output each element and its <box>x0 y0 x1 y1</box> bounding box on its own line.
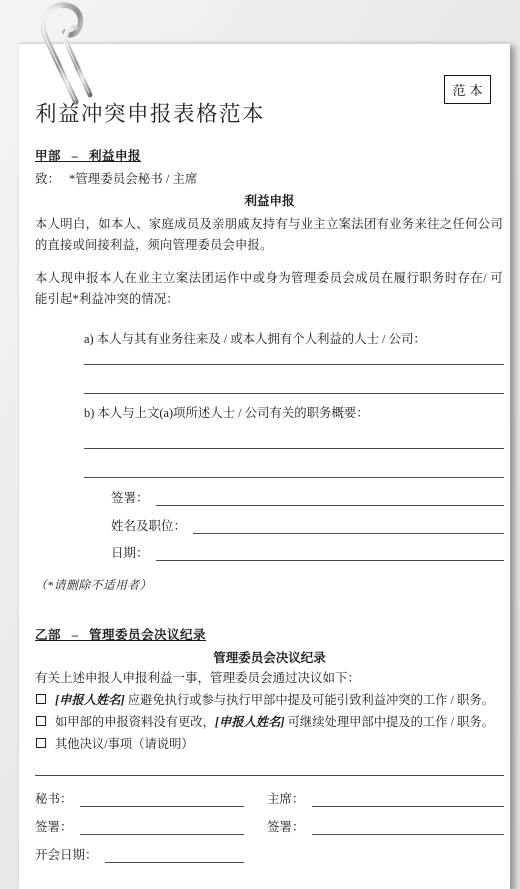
chairman-row: 主席： <box>267 790 504 807</box>
signature-fill-line[interactable] <box>156 505 504 506</box>
declarant-name-placeholder: [申报人姓名] <box>55 693 125 707</box>
part-b-heading: 乙部 – 管理委员会决议纪录 <box>35 627 206 643</box>
name-title-fill-line[interactable] <box>193 533 504 534</box>
meeting-date-fill-line[interactable] <box>105 862 244 863</box>
checkbox-icon[interactable] <box>36 694 46 704</box>
item-a-fill-line-1[interactable] <box>84 364 504 365</box>
screenshot-root: { "colors": { "canvas_bg": "#e9e9e8", "p… <box>0 0 520 889</box>
date-fill-line[interactable] <box>156 560 504 561</box>
item-a-label: a) 本人与其有业务往来及 / 或本人拥有个人利益的人士 / 公司： <box>84 331 426 347</box>
declaration-paragraph-2: 本人现申报本人在业主立案法团运作中或身为管理委员会成员在履行职务时存在/ 可能引… <box>35 268 503 309</box>
option-text: 如甲部的申报资料没有更改，[申报人姓名] 可继续处理甲部中提及的工作 / 职务。 <box>55 715 494 730</box>
option-text: 其他决议/事项（请说明） <box>55 737 194 752</box>
secretary-signature-row: 签署： <box>35 818 244 835</box>
secretary-row: 秘书： <box>35 790 244 807</box>
item-a-fill-line-2[interactable] <box>84 393 504 394</box>
item-b-fill-line-1[interactable] <box>84 448 504 449</box>
meeting-date-label: 开会日期： <box>35 848 98 863</box>
option-text-pre: 如甲部的申报资料没有更改， <box>55 715 215 729</box>
option-text-pre: 其他决议/事项（请说明） <box>55 737 194 751</box>
addressee-label: 致： <box>35 172 60 186</box>
signature-row: 签署： <box>111 489 504 506</box>
meeting-date-row: 开会日期： <box>35 846 244 863</box>
checkbox-icon[interactable] <box>36 716 46 726</box>
paperclip-icon <box>22 1 102 109</box>
name-title-row: 姓名及职位： <box>111 517 504 534</box>
resolution-option-row: 其他决议/事项（请说明） <box>35 737 504 752</box>
name-title-label: 姓名及职位： <box>111 519 186 534</box>
option-text: [申报人姓名] 应避免执行或参与执行甲部中提及可能引致利益冲突的工作 / 职务。 <box>55 693 494 708</box>
chairman-fill-line[interactable] <box>312 806 504 807</box>
addressee-line: 致：*管理委员会秘书 / 主席 <box>35 171 198 187</box>
delete-inapplicable-note: （*请删除不适用者） <box>35 576 152 593</box>
declarant-name-placeholder: [申报人姓名] <box>215 715 285 729</box>
chairman-signature-row: 签署： <box>267 818 504 835</box>
chairman-signature-fill-line[interactable] <box>312 834 504 835</box>
declaration-subheading: 利益申报 <box>35 193 504 209</box>
secretary-signature-fill-line[interactable] <box>80 834 244 835</box>
chairman-signature-label: 签署： <box>267 820 305 835</box>
secretary-fill-line[interactable] <box>80 806 244 807</box>
date-label: 日期： <box>111 546 149 561</box>
resolution-intro: 有关上述申报人申报利益一事，管理委员会通过决议如下： <box>35 670 360 686</box>
declaration-paragraph-1: 本人明白，如本人、家庭成员及亲朋戚友持有与业主立案法团有业务来往之任何公司的直接… <box>35 214 503 255</box>
checkbox-icon[interactable] <box>36 738 46 748</box>
sample-stamp-label: 范本 <box>448 80 486 99</box>
resolution-option-row: 如甲部的申报资料没有更改，[申报人姓名] 可继续处理甲部中提及的工作 / 职务。 <box>35 715 504 730</box>
addressee-value: *管理委员会秘书 / 主席 <box>69 172 197 186</box>
signature-label: 签署： <box>111 491 149 506</box>
option-text-post: 可继续处理甲部中提及的工作 / 职务。 <box>285 715 494 729</box>
item-b-label: b) 本人与上文(a)项所述人士 / 公司有关的职务概要： <box>84 405 369 421</box>
secretary-signature-label: 签署： <box>35 820 73 835</box>
part-a-heading: 甲部 – 利益申报 <box>35 148 141 164</box>
resolution-subheading: 管理委员会决议纪录 <box>35 650 504 666</box>
chairman-label: 主席： <box>267 792 305 807</box>
secretary-label: 秘书： <box>35 792 73 807</box>
resolution-option-row: [申报人姓名] 应避免执行或参与执行甲部中提及可能引致利益冲突的工作 / 职务。 <box>35 693 504 708</box>
option-text-post: 应避免执行或参与执行甲部中提及可能引致利益冲突的工作 / 职务。 <box>125 693 494 707</box>
other-resolution-fill-line[interactable] <box>35 775 504 776</box>
sample-stamp-box: 范本 <box>444 75 491 104</box>
date-row: 日期： <box>111 544 504 561</box>
document-page: 范本 利益冲突申报表格范本 甲部 – 利益申报 致：*管理委员会秘书 / 主席 … <box>19 43 510 889</box>
item-b-fill-line-2[interactable] <box>84 477 504 478</box>
